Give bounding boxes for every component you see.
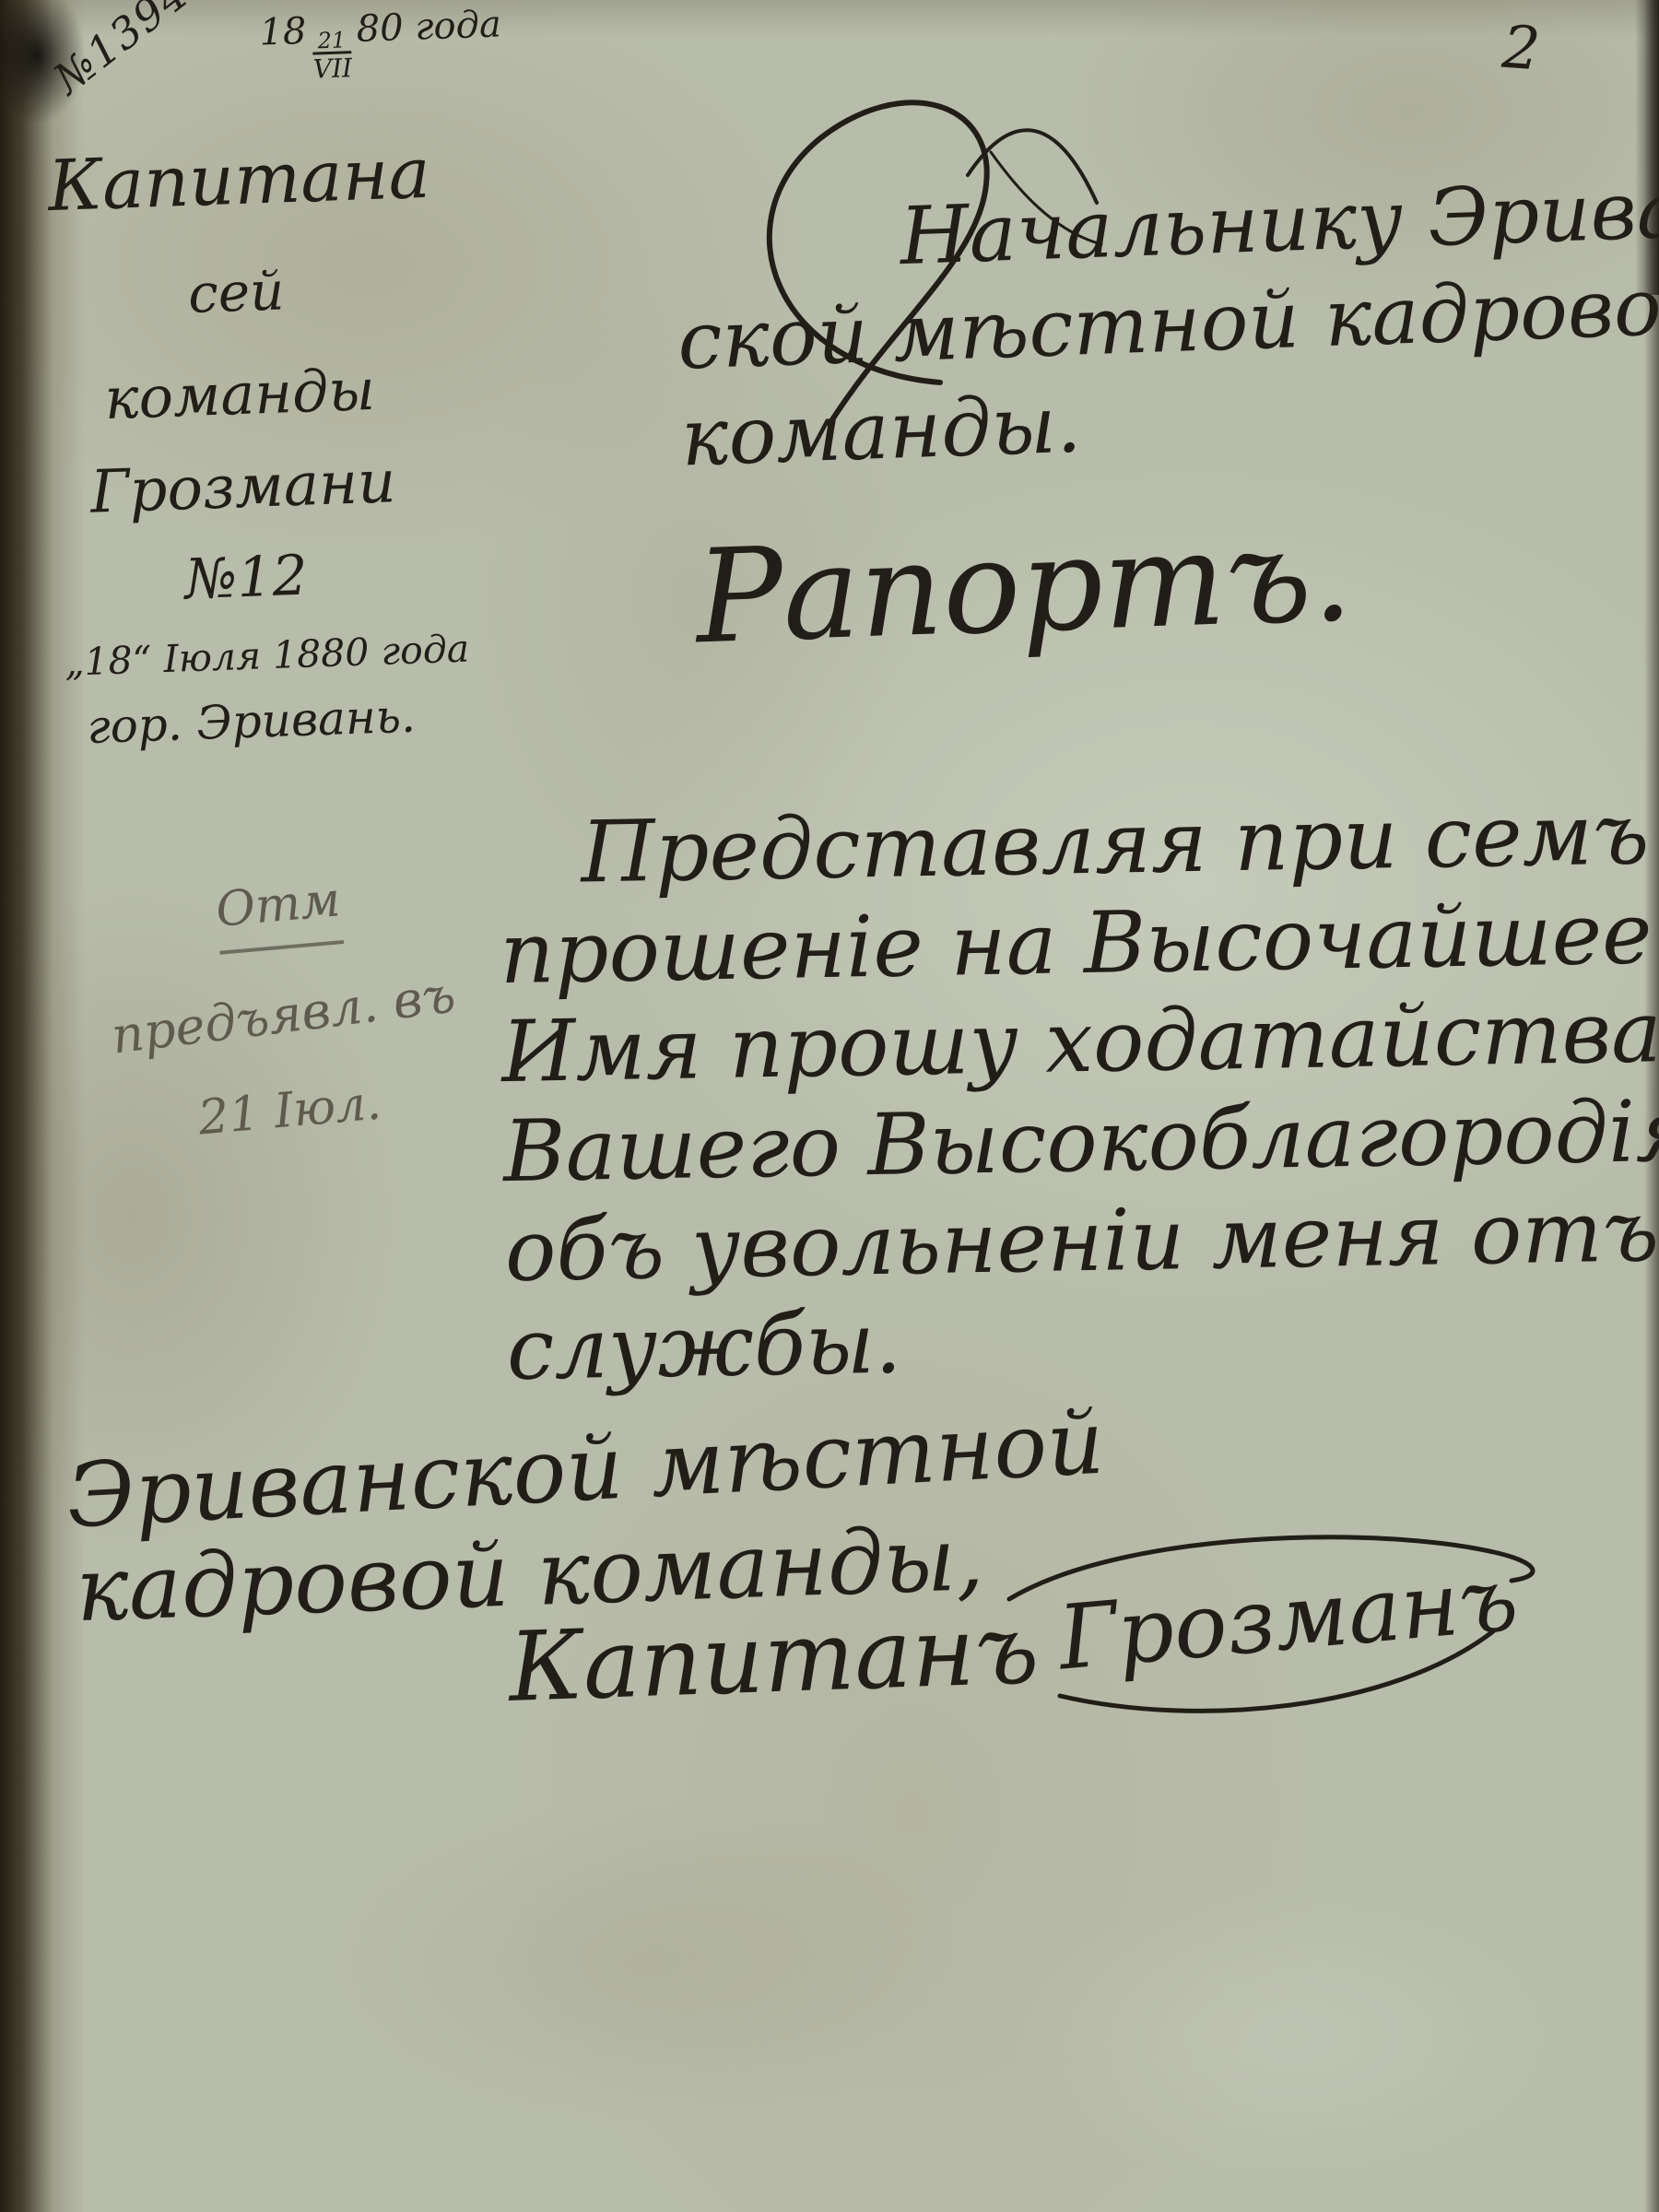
date-day: 18 bbox=[259, 10, 307, 54]
closing-rank: Капитанъ bbox=[507, 1593, 1041, 1724]
pencil-note-middle: предъявл. въ bbox=[109, 965, 459, 1065]
date-fraction-bottom: VII bbox=[312, 51, 352, 82]
date-fraction-top: 21 bbox=[317, 29, 346, 52]
sender-city: гор. Эривань. bbox=[66, 688, 437, 755]
sender-line: сей bbox=[51, 254, 421, 330]
body-line: Вашего Высокоблагородія bbox=[502, 1082, 1659, 1202]
sender-date: „18“ Іюля 1880 года bbox=[64, 628, 433, 685]
sender-block: Капитана сей команды Грозмани №12 „18“ І… bbox=[47, 132, 437, 755]
paper-stain bbox=[1014, 1889, 1567, 2184]
report-heading: Рапортъ. bbox=[693, 500, 1355, 674]
sender-line: команды bbox=[54, 354, 425, 434]
pencil-note-bottom: 21 Іюл. bbox=[196, 1075, 383, 1146]
sender-line: Грозмани bbox=[58, 447, 429, 528]
body-line: объ увольненіи меня отъ bbox=[504, 1181, 1659, 1300]
pencil-note-top: Отм bbox=[214, 872, 344, 954]
body-line: Представляя при семъ bbox=[497, 784, 1659, 904]
date-fraction: 21VII bbox=[312, 29, 352, 82]
recipient-block: Начальнику Эриван- ской мѣстной кадровой… bbox=[673, 162, 1659, 487]
manuscript-page: №1394 1821VII80 года 2 Капитана сей кома… bbox=[0, 0, 1659, 2212]
sender-line: Капитана bbox=[47, 132, 418, 227]
body-line: службы. bbox=[506, 1280, 1659, 1400]
date-rest: 80 года bbox=[356, 3, 502, 50]
sender-number: №12 bbox=[61, 539, 431, 617]
paper-stain bbox=[323, 1797, 968, 2129]
date-annotation: 1821VII80 года bbox=[259, 3, 503, 84]
folio-number: 2 bbox=[1500, 14, 1542, 85]
report-body: Представляя при семъ прошеніе на Высочай… bbox=[497, 784, 1659, 1400]
